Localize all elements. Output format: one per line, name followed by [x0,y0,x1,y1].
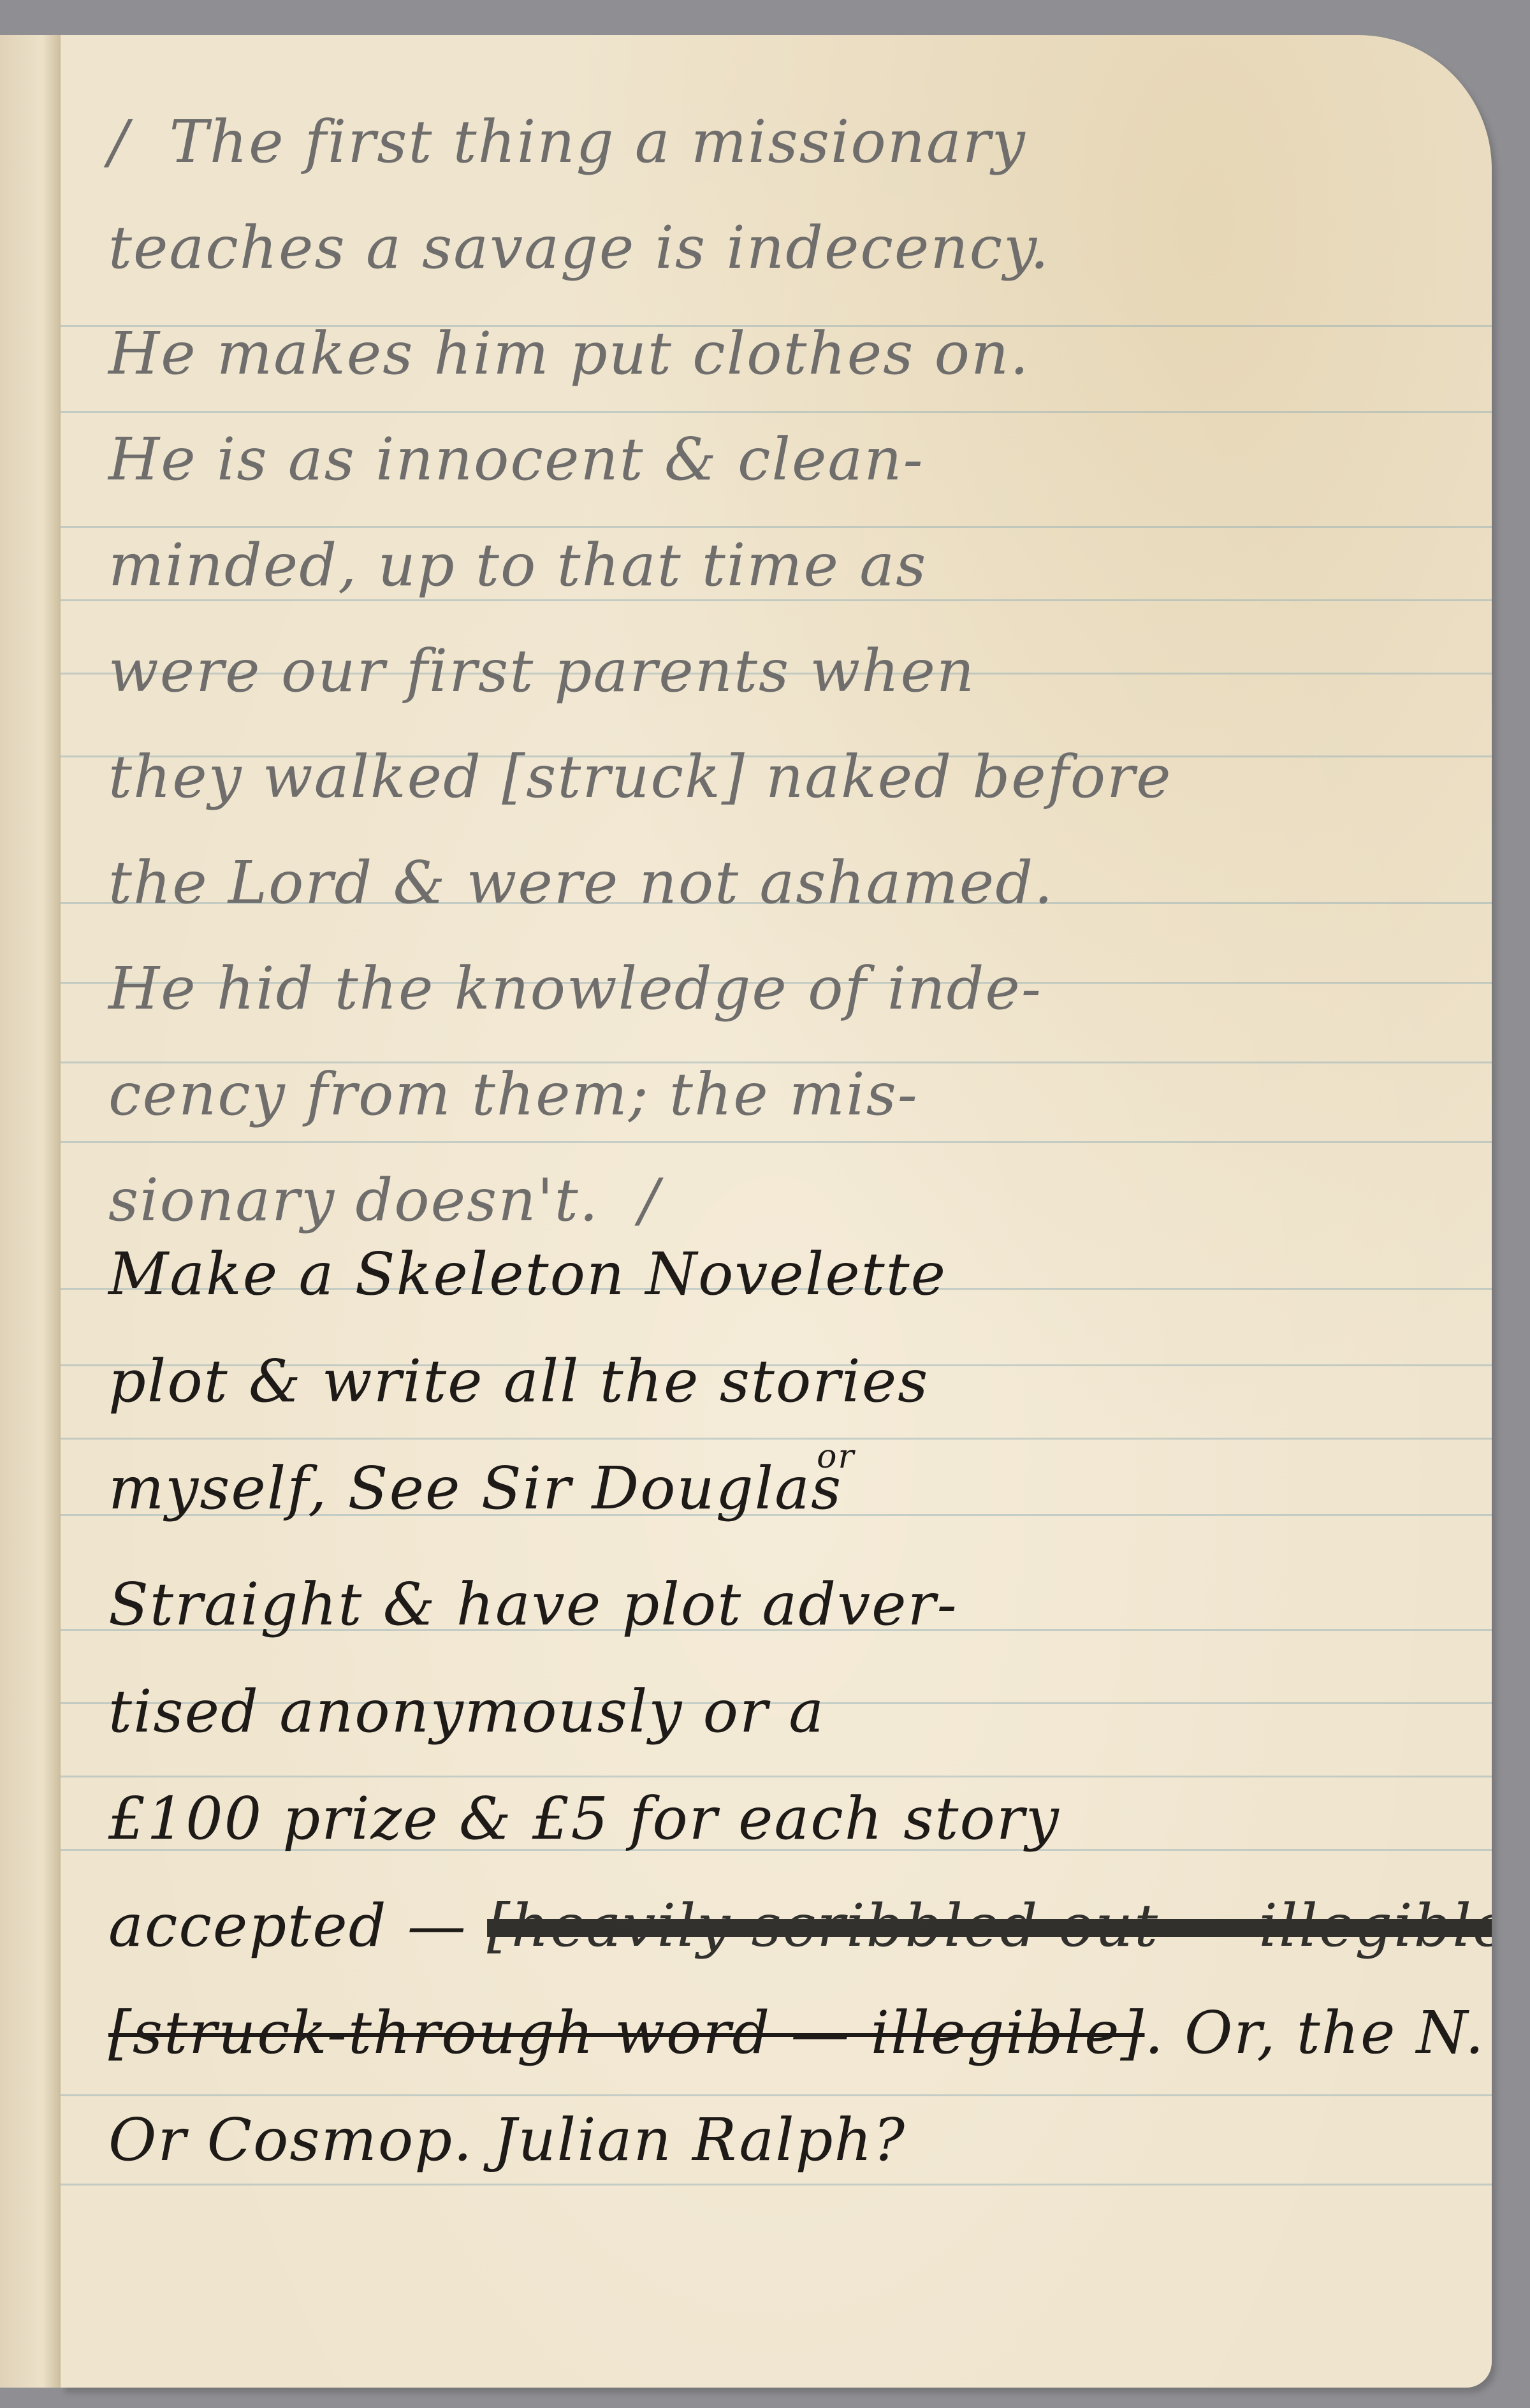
pencil-line: the Lord & were not ashamed. [108,830,1447,936]
ink-passage: Make a Skeleton Novelette plot & write a… [108,1221,1447,2194]
ink-line: £100 prize & £5 for each story [108,1765,1447,1872]
facing-page-edge [0,35,62,2388]
pencil-line: He makes him put clothes on. [108,301,1447,407]
pencil-line: teaches a savage is indecency. [108,195,1447,301]
pencil-line: / The first thing a missionary [108,89,1447,195]
notebook-page: / The first thing a missionary teaches a… [61,35,1492,2388]
ink-line: [struck-through word — illegible]. Or, t… [108,1980,1447,2087]
interlinear-insertion: or [817,1438,855,1476]
ink-line: myself, See Sir Douglasor [108,1435,1447,1551]
scribbled-out-text: [heavily scribbled out — illegible] [487,1872,1492,1980]
pencil-line: were our first parents when [108,618,1447,724]
pencil-line: minded, up to that time as [108,513,1447,618]
struck-word: [struck-through word — illegible] [108,1999,1144,2067]
ink-line: Make a Skeleton Novelette [108,1221,1447,1328]
pencil-line: He hid the knowledge of inde- [108,936,1447,1042]
pencil-line: cency from them; the mis- [108,1042,1447,1148]
pencil-line: He is as innocent & clean- [108,407,1447,513]
ink-line: Straight & have plot adver- [108,1551,1447,1658]
pencil-line: they walked [struck] naked before [108,724,1447,830]
ink-line: accepted — [heavily scribbled out — ille… [108,1872,1447,1980]
ink-line: plot & write all the stories [108,1328,1447,1435]
ink-line: tised anonymously or a [108,1658,1447,1765]
pencil-passage: / The first thing a missionary teaches a… [108,89,1447,1253]
ink-line: Or Cosmop. Julian Ralph? [108,2087,1447,2194]
